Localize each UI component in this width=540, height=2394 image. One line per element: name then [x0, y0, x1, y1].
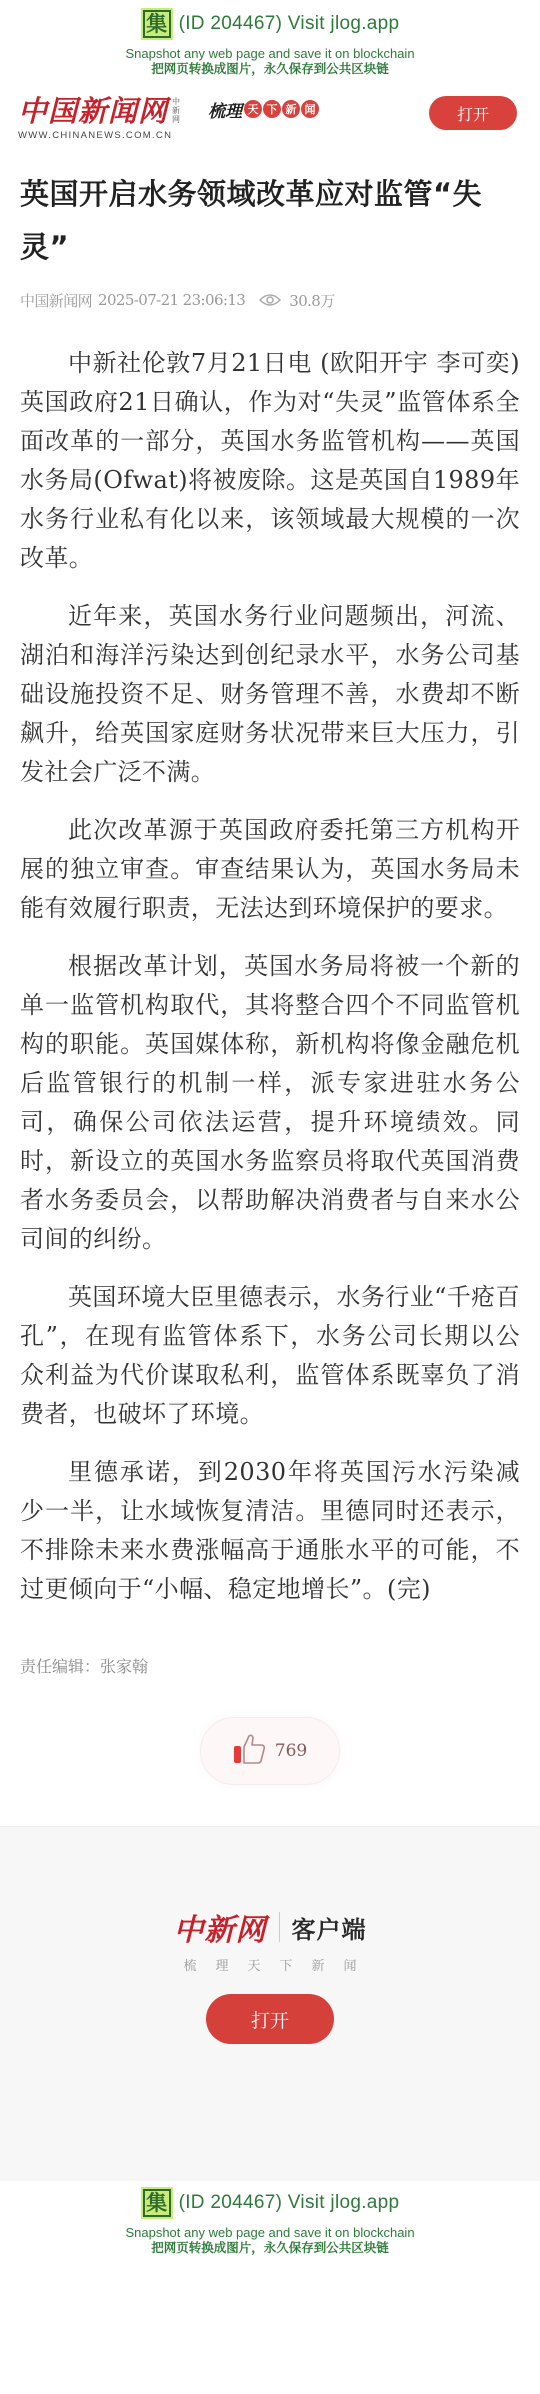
article-editor: 责任编辑：张家翰 — [20, 1654, 520, 1677]
logo-url: WWW.CHINANEWS.COM.CN — [18, 130, 180, 141]
article-source: 中国新闻网 — [20, 290, 92, 311]
slogan-script: 梳理 — [208, 97, 242, 122]
app-logo: 中新网 客户端 — [174, 1905, 367, 1949]
slogan-dot: 闻 — [301, 100, 319, 118]
article-datetime: 2025-07-21 23:06:13 — [98, 291, 245, 309]
article-paragraph: 此次改革源于英国政府委托第三方机构开展的独立审查。审查结果认为，英国水务局未能有… — [20, 811, 520, 928]
jlog-subtitle-en: Snapshot any web page and save it on blo… — [0, 46, 540, 61]
article: 英国开启水务领域改革应对监管“失灵” 中国新闻网 2025-07-21 23:0… — [0, 168, 540, 1677]
open-app-button-top[interactable]: 打开 — [429, 96, 517, 130]
like-button[interactable]: 769 — [200, 1717, 340, 1785]
article-paragraph: 中新社伦敦7月21日电 (欧阳开宇 李可奕)英国政府21日确认，作为对“失灵”监… — [20, 344, 520, 578]
slogan-dot: 天 — [244, 100, 262, 118]
header-slogan: 梳理 天 下 新 闻 — [208, 97, 320, 122]
like-count: 769 — [275, 1741, 307, 1761]
jlog-subtitle-en: Snapshot any web page and save it on blo… — [0, 2225, 540, 2240]
open-app-button-bottom[interactable]: 打开 — [206, 1994, 334, 2044]
app-tagline: 梳理天下新闻 — [183, 1955, 375, 1974]
jlog-banner-bottom: 集 (ID 204467) Visit jlog.app Snapshot an… — [0, 2181, 540, 2263]
article-title: 英国开启水务领域改革应对监管“失灵” — [20, 168, 520, 274]
logo-mini: 中 新 网 — [172, 97, 180, 124]
like-section: 769 — [0, 1717, 540, 1785]
site-header: 中国新闻网 中 新 网 WWW.CHINANEWS.COM.CN 梳理 天 下 … — [0, 82, 540, 152]
chinanews-logo[interactable]: 中国新闻网 中 新 网 WWW.CHINANEWS.COM.CN — [18, 94, 180, 141]
jlog-badge-icon: 集 — [141, 2187, 173, 2219]
jlog-subtitle-cn: 把网页转换成图片，永久保存到公共区块链 — [0, 61, 540, 77]
logo-text: 中国新闻网 — [18, 94, 168, 128]
jlog-title[interactable]: (ID 204467) Visit jlog.app — [179, 13, 400, 35]
article-paragraph: 里德承诺，到2030年将英国污水污染减少一半，让水域恢复清洁。里德同时还表示，不… — [20, 1453, 520, 1609]
thumbs-up-icon — [233, 1733, 267, 1769]
article-paragraph: 近年来，英国水务行业问题频出，河流、湖泊和海洋污染达到创纪录水平，水务公司基础设… — [20, 597, 520, 792]
article-meta: 中国新闻网 2025-07-21 23:06:13 30.8万 — [20, 288, 520, 312]
jlog-banner-top: 集 (ID 204467) Visit jlog.app Snapshot an… — [0, 0, 540, 82]
jlog-title[interactable]: (ID 204467) Visit jlog.app — [179, 2192, 400, 2214]
eye-icon — [259, 293, 281, 307]
article-paragraph: 英国环境大臣里德表示，水务行业“千疮百孔”，在现有监管体系下，水务公司长期以公众… — [20, 1278, 520, 1434]
app-label: 客户端 — [292, 1910, 367, 1945]
article-body: 中新社伦敦7月21日电 (欧阳开宇 李可奕)英国政府21日确认，作为对“失灵”监… — [20, 344, 520, 1609]
slogan-dot: 下 — [263, 100, 281, 118]
jlog-subtitle-cn: 把网页转换成图片，永久保存到公共区块链 — [0, 2240, 540, 2256]
article-paragraph: 根据改革计划，英国水务局将被一个新的单一监管机构取代，其将整合四个不同监管机构的… — [20, 947, 520, 1259]
divider — [279, 1912, 280, 1942]
app-promo-footer: 中新网 客户端 梳理天下新闻 打开 — [0, 1826, 540, 2181]
slogan-dot: 新 — [282, 100, 300, 118]
article-views: 30.8万 — [289, 290, 334, 311]
app-logo-text: 中新网 — [174, 1905, 267, 1949]
jlog-badge-icon: 集 — [141, 8, 173, 40]
